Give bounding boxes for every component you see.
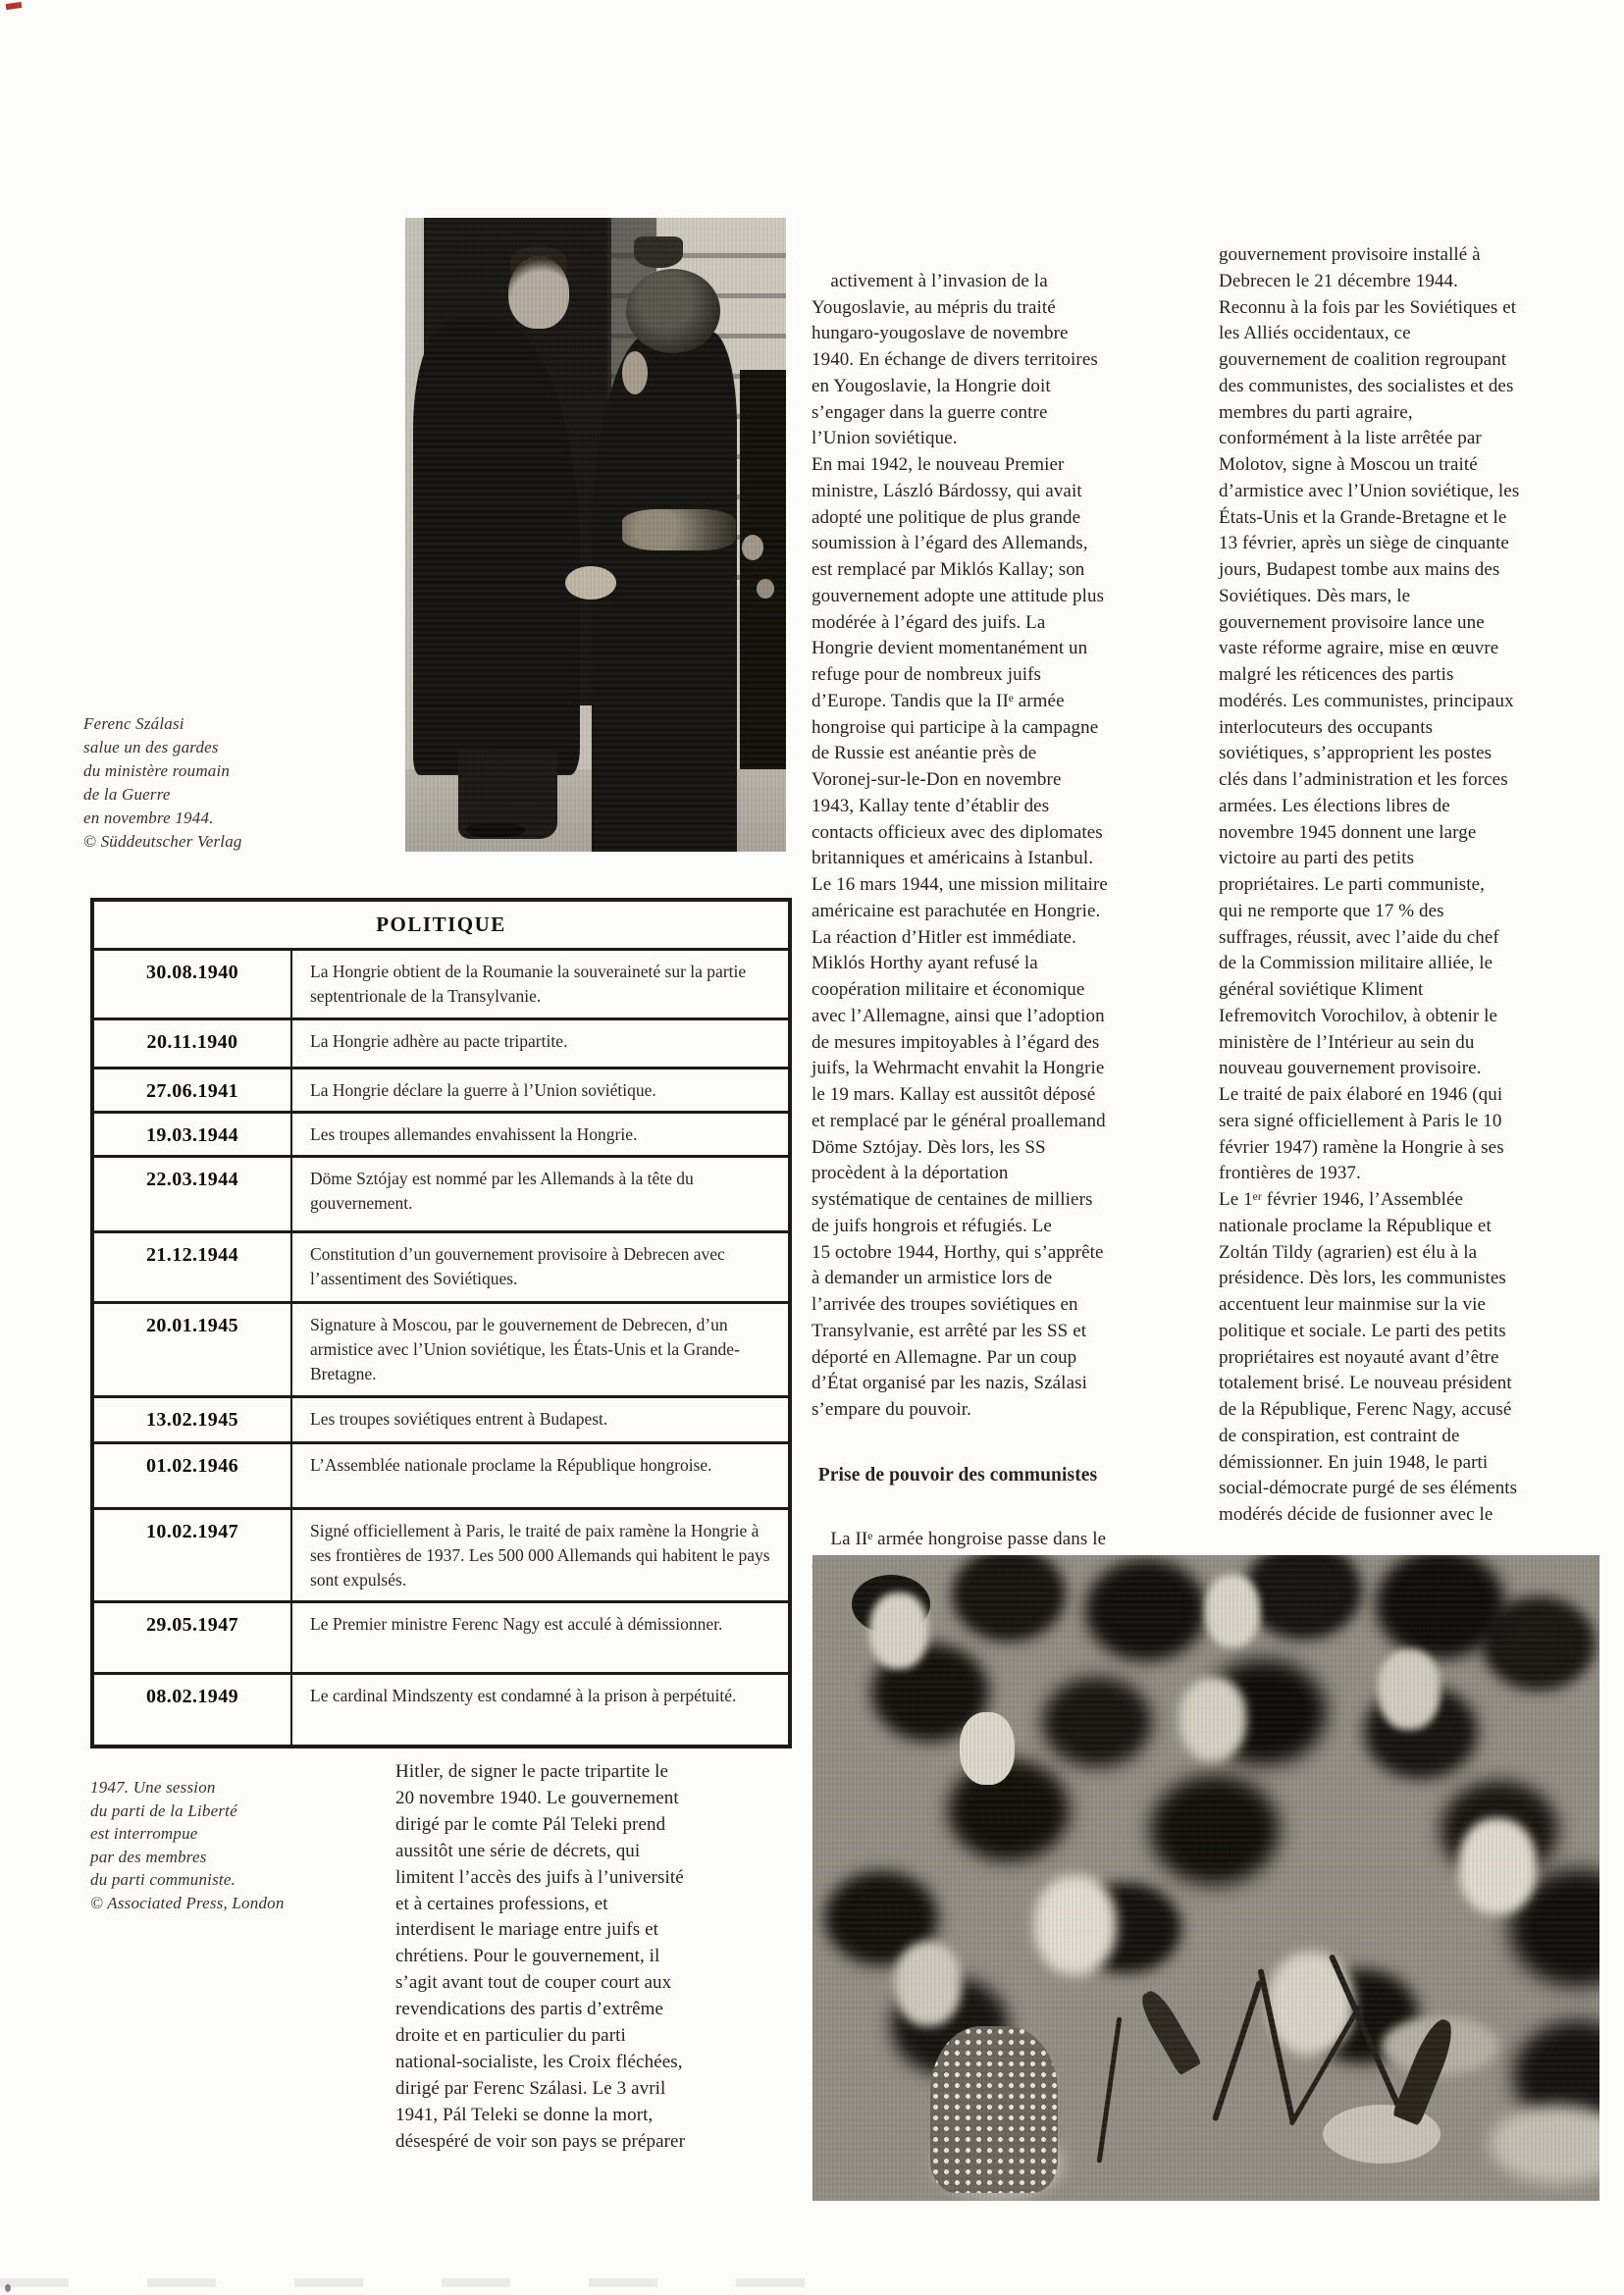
event-cell: L’Assemblée nationale proclame la Républ… [292, 1444, 788, 1507]
red-scan-mark [6, 2, 23, 10]
date-cell: 19.03.1944 [94, 1114, 292, 1155]
table-row: 13.02.1945 Les troupes soviétiques entre… [94, 1395, 788, 1441]
event-cell: Döme Sztójay est nommé par les Allemands… [292, 1158, 788, 1230]
date-cell: 29.05.1947 [94, 1603, 292, 1672]
photo-chair-leg [1329, 1954, 1402, 2109]
photo-left-man-face [508, 256, 569, 329]
article-middle-text: activement à l’invasion de la Yougoslavi… [812, 271, 1108, 1420]
bottom-photo-party-session [812, 1555, 1599, 2201]
photo-right-man-face [622, 351, 648, 394]
table-row: 19.03.1944 Les troupes allemandes envahi… [94, 1111, 788, 1155]
article-bottom-column: Hitler, de signer le pacte tripartite le… [395, 1759, 778, 2156]
date-cell: 27.06.1941 [94, 1069, 292, 1111]
photo-crowd-figures [852, 1575, 930, 1634]
article-middle-column: activement à l’invasion de la Yougoslavi… [812, 242, 1104, 1632]
table-row: 22.03.1944 Döme Sztójay est nommé par le… [94, 1155, 788, 1230]
date-cell: 20.01.1945 [94, 1304, 292, 1395]
table-row: 08.02.1949 Le cardinal Mindszenty est co… [94, 1672, 788, 1745]
date-cell: 30.08.1940 [94, 951, 292, 1017]
photo-chair-leg [1257, 1968, 1295, 2123]
table-row: 20.11.1940 La Hongrie adhère au pacte tr… [94, 1017, 788, 1067]
scanned-document-page: Ferenc Szálasi salue un des gardes du mi… [0, 0, 1624, 2295]
event-cell: La Hongrie obtient de la Roumanie la sou… [292, 951, 788, 1017]
event-cell: Le cardinal Mindszenty est condamné à la… [292, 1675, 788, 1745]
scan-edge-dot [5, 2284, 11, 2292]
photo-chair-leg [1212, 1980, 1263, 2122]
event-cell: Les troupes allemandes envahissent la Ho… [292, 1114, 788, 1155]
photo-right-man-uniform [592, 332, 736, 852]
scan-edge-artifact [0, 2278, 844, 2287]
date-cell: 20.11.1940 [94, 1020, 292, 1067]
event-cell: Le Premier ministre Ferenc Nagy est accu… [292, 1603, 788, 1672]
photo-wall-fixture [634, 236, 683, 268]
photo-chair-back [1135, 1987, 1202, 2076]
event-cell: Signature à Moscou, par le gouvernement … [292, 1304, 788, 1395]
article-right-column: gouvernement provisoire installé à Debre… [1219, 242, 1548, 1529]
table-title: POLITIQUE [94, 902, 788, 951]
top-photo-szalasi-handshake [405, 218, 786, 852]
bottom-photo-caption: 1947. Une session du parti de la Liberté… [90, 1776, 285, 1914]
event-cell: La Hongrie déclare la guerre à l’Union s… [292, 1069, 788, 1111]
date-cell: 08.02.1949 [94, 1675, 292, 1745]
table-row: 01.02.1946 L’Assemblée nationale proclam… [94, 1441, 788, 1507]
date-cell: 22.03.1944 [94, 1158, 292, 1230]
photo-white-shirt-figures [960, 1712, 1015, 1785]
event-cell: La Hongrie adhère au pacte tripartite. [292, 1020, 788, 1067]
date-cell: 01.02.1946 [94, 1444, 292, 1507]
photo-chair-back [1391, 2014, 1459, 2125]
table-row: 20.01.1945 Signature à Moscou, par le go… [94, 1301, 788, 1395]
photo-belt-ornament [622, 509, 736, 550]
table-row: 27.06.1941 La Hongrie déclare la guerre … [94, 1067, 788, 1111]
table-row: 29.05.1947 Le Premier ministre Ferenc Na… [94, 1600, 788, 1672]
table-row: 30.08.1940 La Hongrie obtient de la Roum… [94, 951, 788, 1017]
photo-patterned-dress [930, 2026, 1058, 2193]
table-row: 21.12.1944 Constitution d’un gouvernemen… [94, 1230, 788, 1301]
section-heading: Prise de pouvoir des communistes [812, 1463, 1104, 1489]
photo-chair-leg [1097, 2016, 1123, 2163]
photo-bystander-face [742, 535, 763, 560]
photo-left-man-shoe [466, 823, 525, 837]
date-cell: 10.02.1947 [94, 1510, 292, 1600]
table-row: 10.02.1947 Signé officiellement à Paris,… [94, 1507, 788, 1600]
photo-right-man-helmet [626, 269, 720, 353]
event-cell: Les troupes soviétiques entrent à Budape… [292, 1398, 788, 1441]
table-body: 30.08.1940 La Hongrie obtient de la Roum… [94, 951, 788, 1745]
event-cell: Constitution d’un gouvernement provisoir… [292, 1233, 788, 1301]
date-cell: 21.12.1944 [94, 1233, 292, 1301]
date-cell: 13.02.1945 [94, 1398, 292, 1441]
top-photo-caption: Ferenc Szálasi salue un des gardes du mi… [83, 712, 242, 854]
event-cell: Signé officiellement à Paris, le traité … [292, 1510, 788, 1600]
politique-table: POLITIQUE 30.08.1940 La Hongrie obtient … [90, 898, 792, 1748]
